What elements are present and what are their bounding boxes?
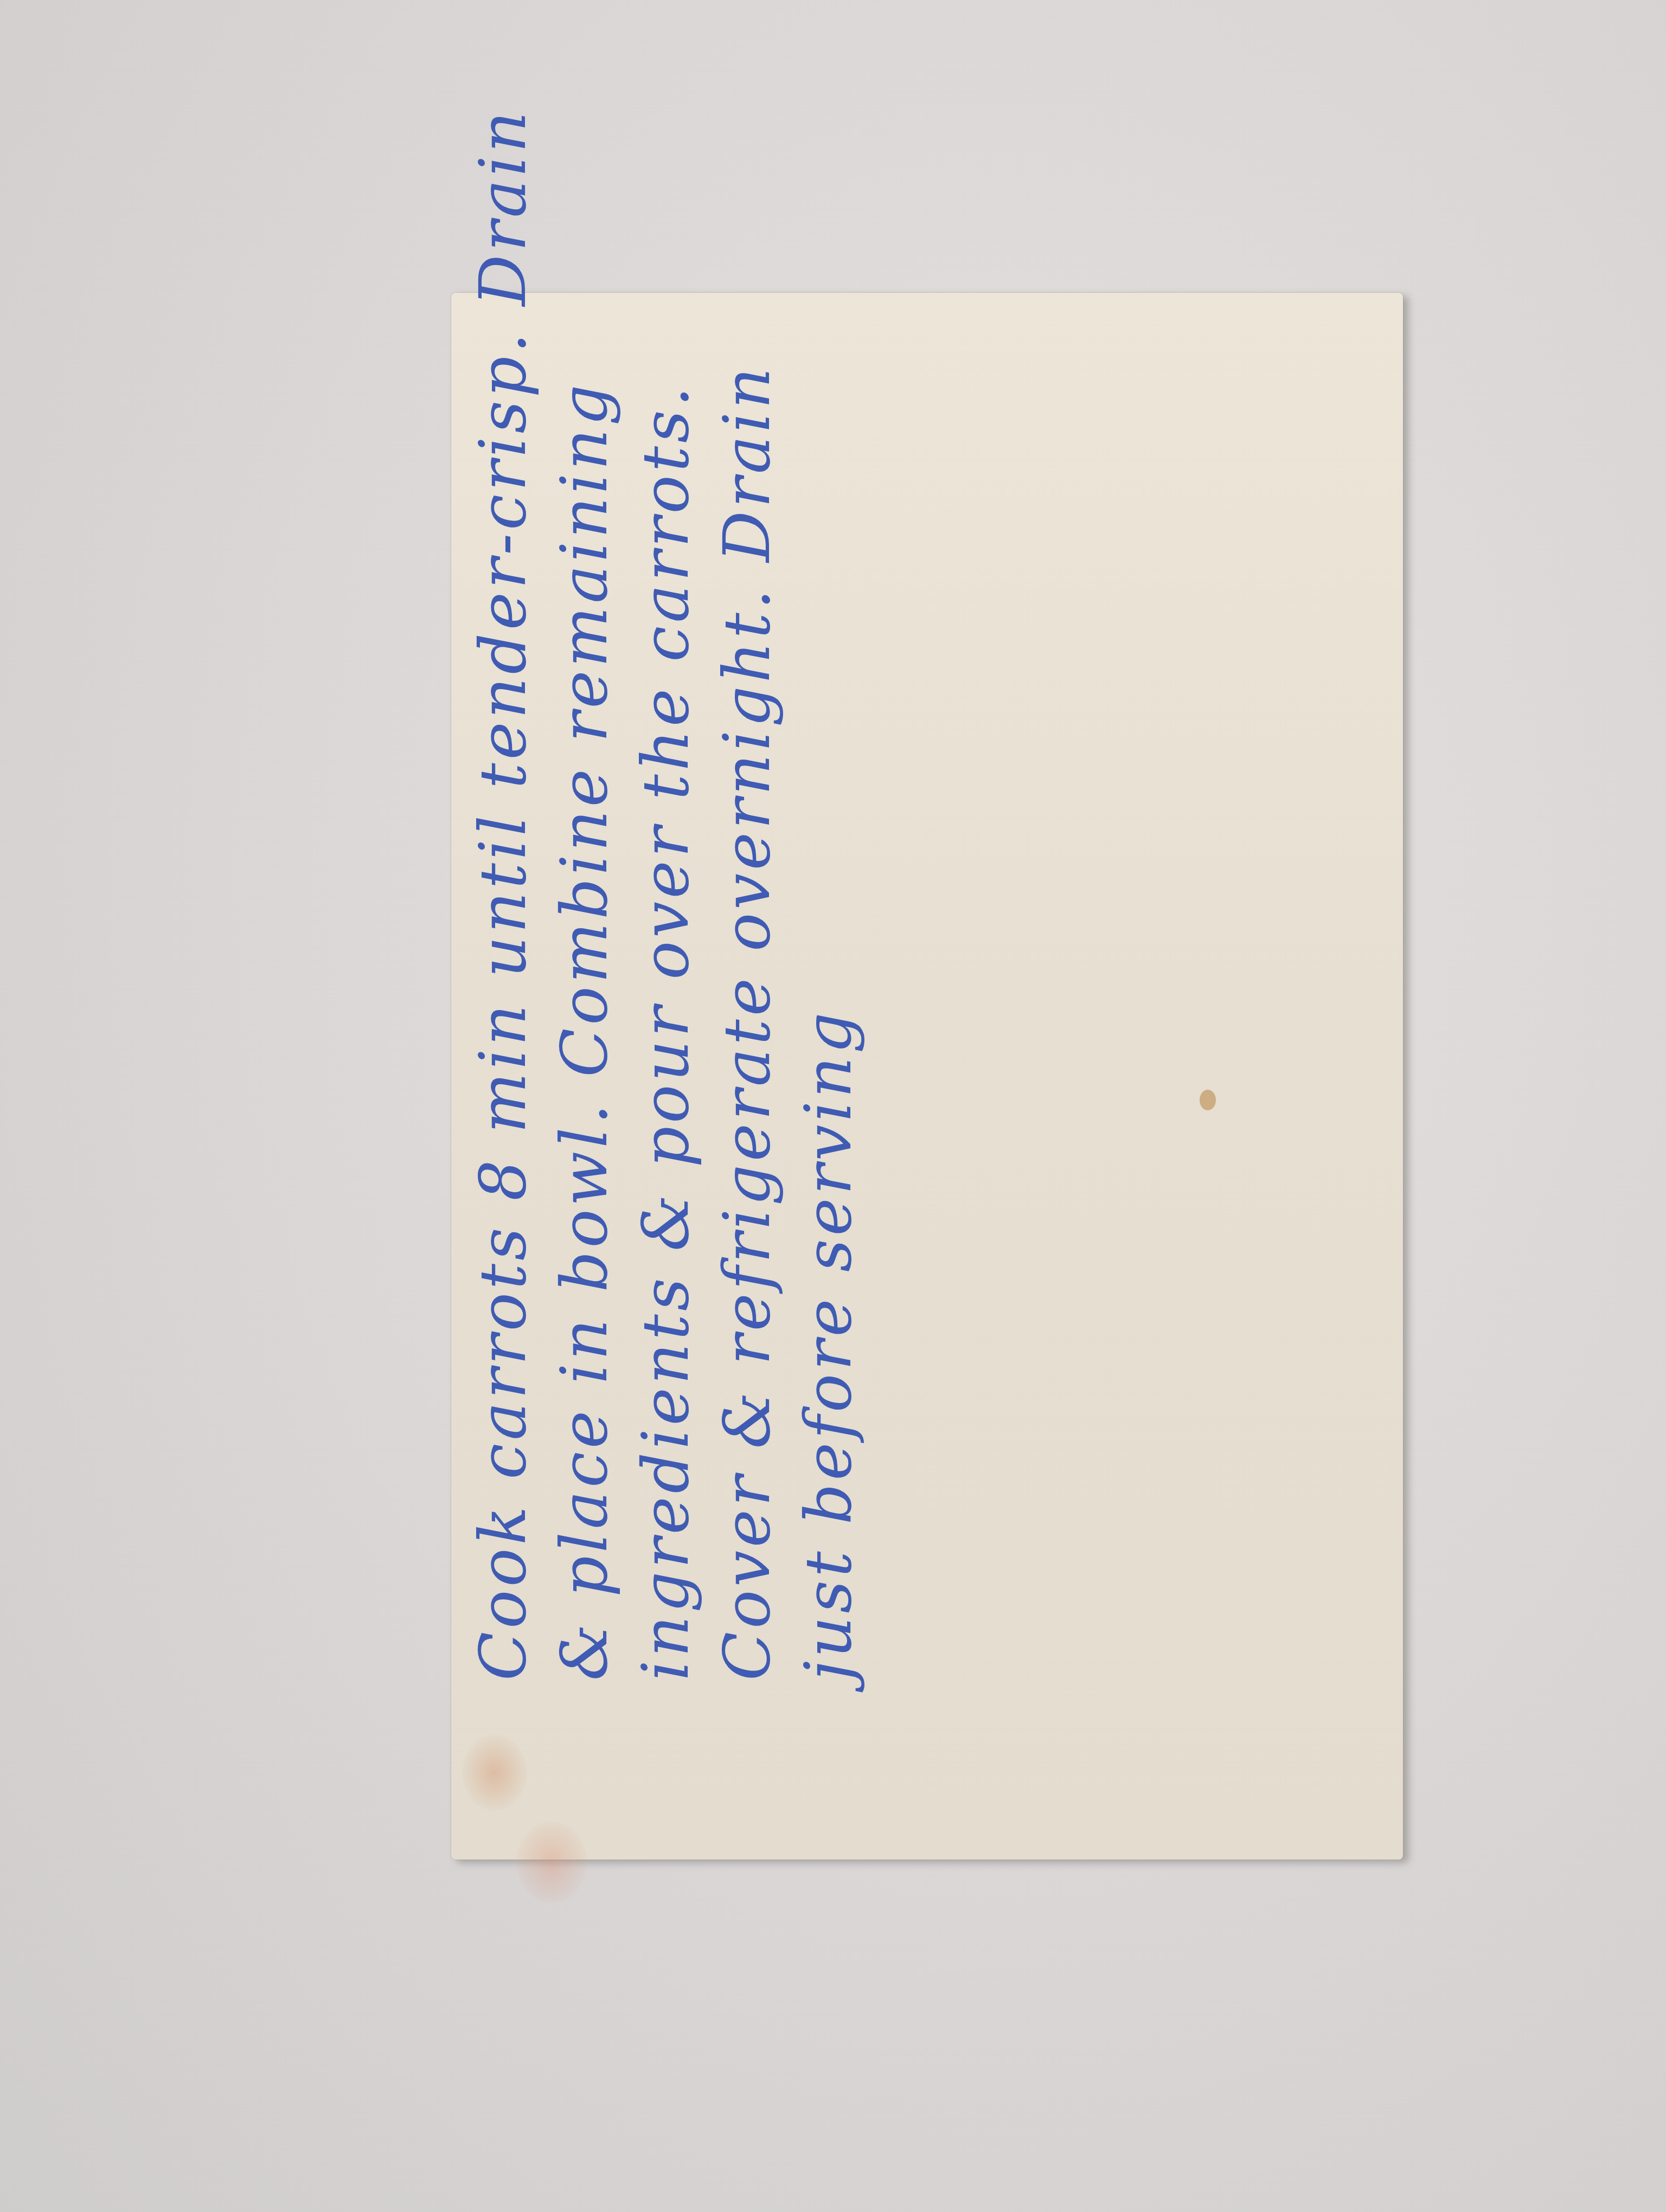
instruction-line-3: ingredients & pour over the carrots.	[625, 114, 706, 1681]
instruction-line-2: & place in bowl. Combine remaining	[543, 114, 625, 1681]
instruction-line-5: just before serving	[787, 114, 869, 1681]
food-stain	[516, 1822, 587, 1903]
handwritten-instructions: Cook carrots 8 min until tender-crisp. D…	[462, 114, 874, 1681]
recipe-card: Cook carrots 8 min until tender-crisp. D…	[451, 293, 1403, 1860]
instruction-line-1: Cook carrots 8 min until tender-crisp. D…	[462, 114, 543, 1681]
card-spot	[1200, 1090, 1216, 1110]
food-stain	[462, 1735, 527, 1811]
instruction-line-4: Cover & refrigerate overnight. Drain	[706, 114, 787, 1681]
